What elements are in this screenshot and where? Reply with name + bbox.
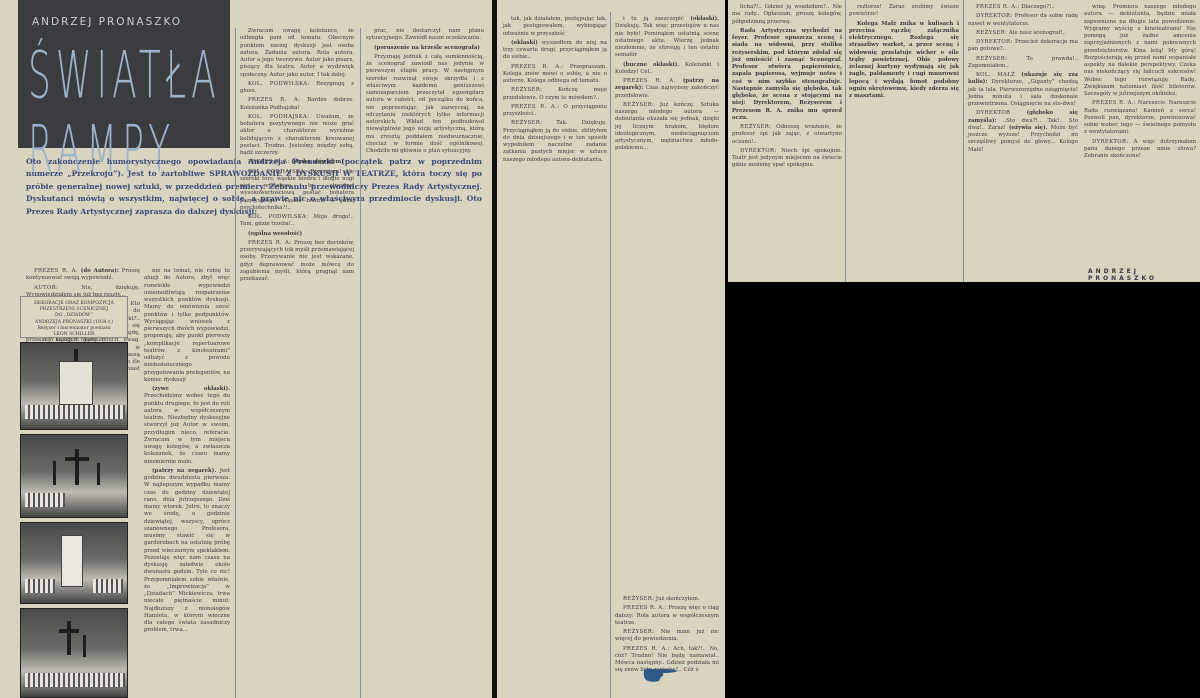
dialog-line: (żywe oklaski). Przechodzimy wobec tego …: [144, 386, 230, 466]
dialog-line: KOL. MAŁŻ (ukazuje się zza kulis): Dyrek…: [968, 72, 1078, 108]
dialog-line: DYREKTOR: Przecież dekoracje ma pan goto…: [968, 39, 1078, 54]
photo-caption: DEKORACJE ORAZ KOMPOZYCJA PRZESTRZENI SC…: [20, 296, 128, 338]
text-column-9: PREZES R. A.: Dlaczego?!.. DYREKTOR: Pro…: [968, 4, 1078, 156]
dialog-line: DYREKTOR: Niech śpi spokojnie. Teatr jes…: [732, 148, 842, 170]
text-column-5: tak, jak działałem, postępując tak, jak …: [503, 16, 607, 166]
dialog-line: KOL. PODWILSKA: Moja droga!.. Tam, gdzie…: [240, 214, 354, 229]
dialog-line: PREZES R. A: (stuka ołówkiem): [240, 159, 354, 166]
dialog-line: PREZES R. A. (patrzy na zegarek): Czas n…: [615, 78, 719, 100]
text-column-6: i tu ją zaszczepić (oklaski). Dziękuję. …: [615, 16, 719, 155]
dialog-line: (patrzy na zegarek). Jest godzina dwudzi…: [144, 468, 230, 635]
article-header: ANDRZEJ PRONASZKO ŚWIATŁA RAMPY: [18, 0, 230, 148]
right-page: licha?!.. Gdzież ją wsadziłem?.. Nie ma …: [728, 0, 1200, 282]
stage-photo-chapel: [20, 342, 128, 430]
text-column-7: licha?!.. Gdzież ją wsadziłem?.. Nie ma …: [732, 4, 842, 172]
column-divider: [360, 28, 361, 698]
text-column-4: prac, nie dostarczył nam planu sytuacyjn…: [366, 28, 484, 157]
dialog-line: PREZES R. A.: Przepraszam. Kolega znów m…: [503, 64, 607, 86]
dialog-line: prac, nie dostarczył nam planu sytuacyjn…: [366, 28, 484, 43]
dialog-line: PREZES R. A.: Nareszcie. Nareszcie Rada …: [1084, 100, 1196, 136]
dialog-line: DYREKTOR: Profesor da sobie radę nawet w…: [968, 13, 1078, 28]
dialog-line: Przyznaję jednak z całą sumiennością, że…: [366, 54, 484, 156]
column-divider: [963, 0, 964, 282]
column-divider: [610, 12, 611, 698]
dialog-line: REŻYSER: Tak. Dziękuję. Przyciągnąłem ją…: [503, 120, 607, 164]
dialog-line: DYREKTOR (głęboko się zamyśla): ..Sto dw…: [968, 110, 1078, 154]
dialog-line: nie na temat, nie robię tu aluzji do Aut…: [144, 268, 230, 384]
dialog-line: tak, jak działałem, postępując tak, jak …: [503, 16, 607, 38]
dialog-line: DYREKTOR: A więc dotrzymałem panu danego…: [1084, 139, 1196, 161]
dialog-line: REŻYSER: Odnoszę wrażenie, że profesor ś…: [732, 124, 842, 146]
dialog-line: Rada Artystyczna wychodzi na foyer. Prof…: [732, 28, 842, 122]
dialog-line: REŻYSER: Już skończyłem.: [615, 596, 719, 603]
dialog-line: i tu ją zaszczepić (oklaski). Dziękuję. …: [615, 16, 719, 60]
dialog-line: (oklaski) wyszedłem do niej na trzy czwa…: [503, 40, 607, 62]
column-divider: [845, 0, 846, 282]
dialog-line: winę. Premiera naszego młodego autora — …: [1084, 4, 1196, 98]
dialog-line: reżtorze! Zaraz zrobimy świeże powietrze…: [849, 4, 959, 19]
dialog-line: PREZES R. A. (do Autora): Proszę kontynu…: [26, 268, 140, 283]
dialog-line: PREZES R. A.: O przyciąganiu przyszłości…: [503, 104, 607, 119]
author-signature: ANDRZEJ PRONASZKO: [1088, 268, 1200, 282]
dialog-line: REŻYSER: Już kończę. Sztuka naszego młod…: [615, 102, 719, 153]
dialog-line: KOL. PODHAJSKA: Uważam, że bohatera pozy…: [240, 114, 354, 158]
dialog-line: licha?!.. Gdzież ją wsadziłem?.. Nie ma …: [732, 4, 842, 26]
left-page: ANDRZEJ PRONASZKO ŚWIATŁA RAMPY Oto zako…: [0, 0, 492, 698]
stage-photo-salon: [20, 522, 128, 604]
dialog-line: (ogólna wesołość): [240, 231, 354, 238]
dialog-line: Kolega Małż znika w kulisach i przecina …: [849, 21, 959, 101]
text-column-6-end: REŻYSER: Już skończyłem. PREZES R. A.: P…: [615, 596, 719, 677]
author-name: ANDRZEJ PRONASZKO: [32, 16, 182, 28]
dialog-line: (huczne oklaski). Koleżanki i Koledzy! C…: [615, 62, 719, 77]
dialog-line: REŻYSER: Kończę moje przedsłowie. O czym…: [503, 87, 607, 102]
stage-photo-prison: [20, 434, 128, 518]
text-column-8: reżtorze! Zaraz zrobimy świeże powietrze…: [849, 4, 959, 102]
middle-page: tak, jak działałem, postępując tak, jak …: [497, 0, 725, 698]
stage-photo-senator-ball: [20, 608, 128, 698]
text-column-2: nie na temat, nie robię tu aluzji do Aut…: [144, 268, 230, 637]
text-column-3: Zwracam uwagę koleżance, że odbiegła pan…: [240, 28, 354, 285]
dialog-line: PREZES R. A.: Dlaczego?!..: [968, 4, 1078, 11]
dialog-line: PREZES R. A: Proszę bez docinków, przery…: [240, 240, 354, 284]
dialog-line: REŻYSER: Ale nasz scenograf!..: [968, 30, 1078, 37]
dialog-line: REŻYSER: To prawda!.. Zapomniałem..: [968, 56, 1078, 71]
dialog-line: KOL. PODWILSKA: Rezygnuję z głosu.: [240, 81, 354, 96]
dialog-line: (poruszenie na krześle scenografa): [366, 45, 484, 52]
column-divider: [235, 28, 236, 698]
dialog-line: PREZES R. A.: Proszę więc o ciąg dalszy:…: [615, 605, 719, 627]
dialog-line: REŻYSER: Nie mam już nic więcej do powie…: [615, 629, 719, 644]
dialog-line: Zwracam uwagę koleżance, że odbiegła pan…: [240, 28, 354, 79]
dialog-line: KOL. PODHAJSKA: Rozumiem! Ale szeroki to…: [240, 169, 354, 213]
dialog-line: PREZES R. A: Bardzo dobrze. Koleżanka Po…: [240, 97, 354, 112]
text-column-10: winę. Premiera naszego młodego autora — …: [1084, 4, 1196, 162]
pointing-hand-icon: [643, 667, 679, 683]
